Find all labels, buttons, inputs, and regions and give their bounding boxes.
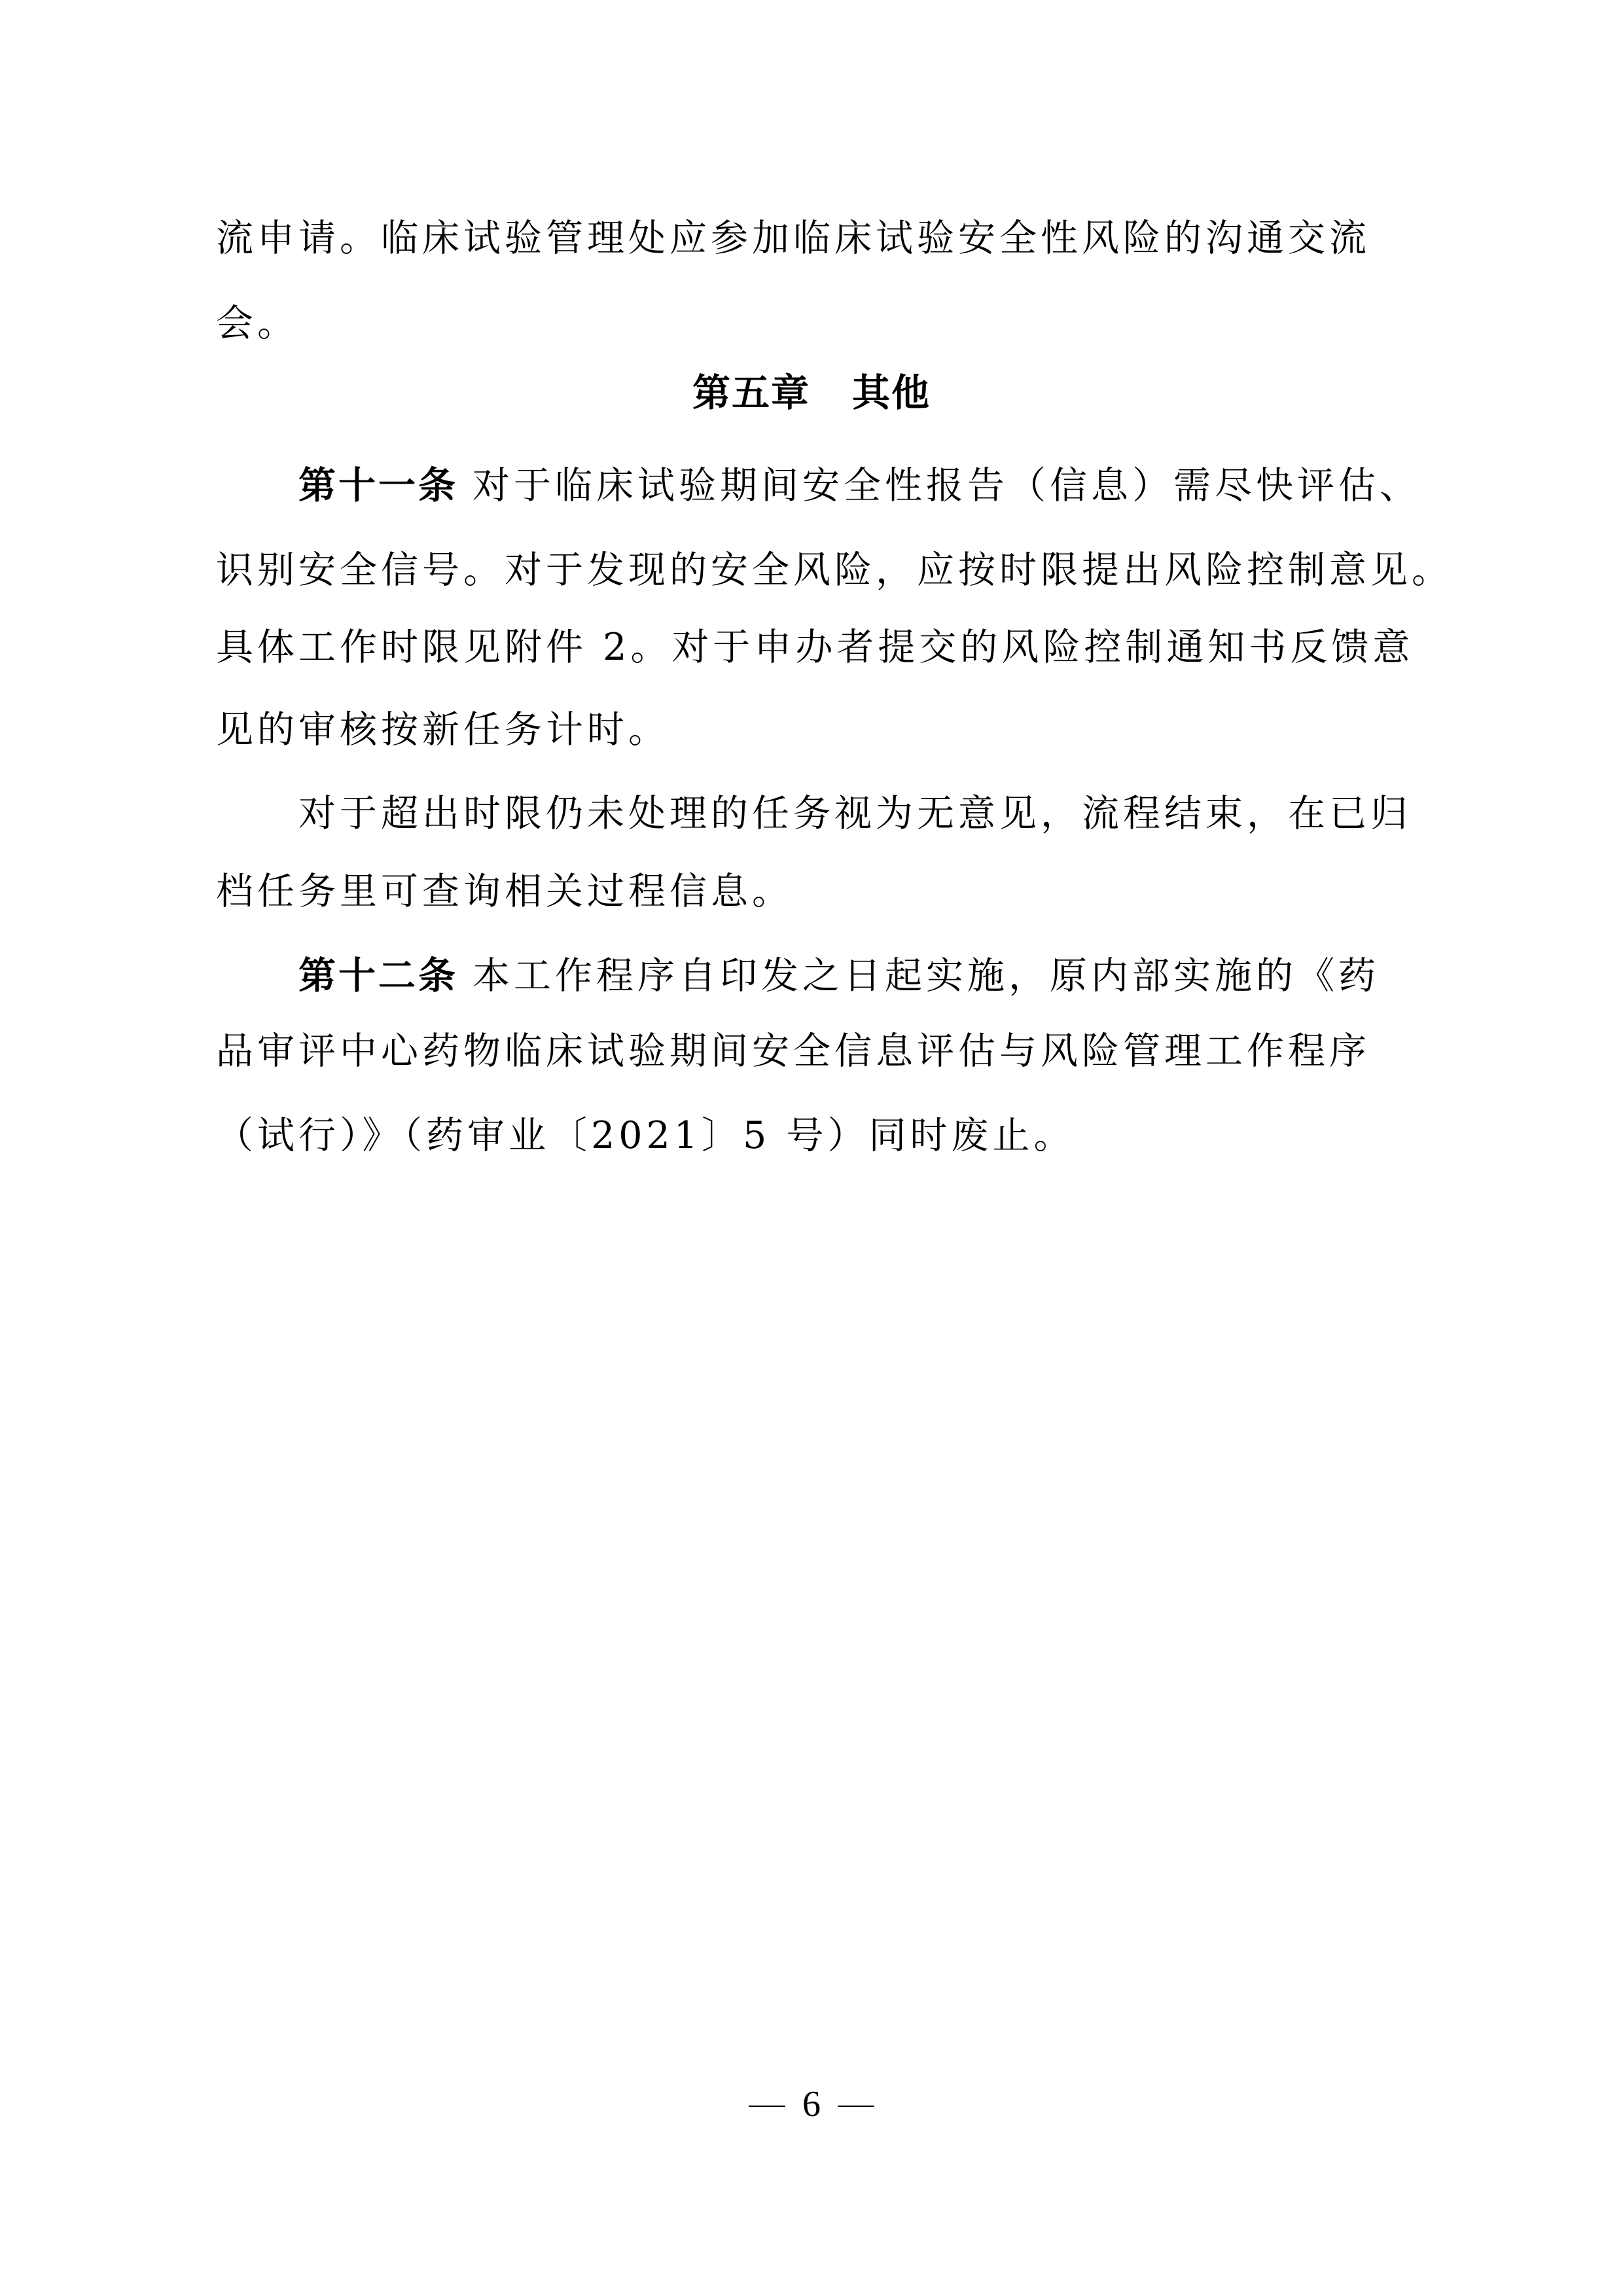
article-12-line-2: 品审评中心药物临床试验期间安全信息评估与风险管理工作程序: [216, 1022, 1394, 1081]
page-number-footer: 6: [0, 2081, 1623, 2127]
right-dash-icon: [838, 2106, 874, 2107]
chapter-heading: 第五章其他: [0, 363, 1623, 422]
document-page: 流申请。临床试验管理处应参加临床试验安全性风险的沟通交流 会。 第五章其他 第十…: [0, 0, 1623, 2296]
article-12-line-1: 第十二条本工作程序自印发之日起实施，原内部实施的《药: [298, 946, 1476, 1005]
article-11-text-1: 对于临床试验期间安全性报告（信息）需尽快评估、: [473, 464, 1421, 507]
page-number: 6: [802, 2084, 821, 2125]
chapter-title: 其他: [852, 370, 931, 415]
article-12-text-1: 本工作程序自印发之日起实施，原内部实施的《药: [473, 954, 1380, 997]
article-11-line-2: 识别安全信号。对于发现的安全风险，应按时限提出风险控制意见。: [216, 541, 1394, 600]
article-11-line-1: 第十一条对于临床试验期间安全性报告（信息）需尽快评估、: [298, 456, 1476, 515]
article-11-line-3: 具体工作时限见附件 2。对于申办者提交的风险控制通知书反馈意: [216, 618, 1394, 677]
chapter-number: 第五章: [692, 370, 810, 415]
article-12-label: 第十二条: [298, 954, 458, 997]
article-11-label: 第十一条: [298, 464, 458, 507]
left-dash-icon: [749, 2106, 785, 2107]
continuation-line-1: 流申请。临床试验管理处应参加临床试验安全性风险的沟通交流: [216, 209, 1394, 268]
continuation-line-2: 会。: [216, 294, 1394, 353]
article-12-line-3: （试行）》（药审业〔2021〕5 号）同时废止。: [216, 1106, 1394, 1165]
article-11-para2-line-2: 档任务里可查询相关过程信息。: [216, 862, 1394, 921]
article-11-line-4: 见的审核按新任务计时。: [216, 700, 1394, 759]
article-11-para2-line-1: 对于超出时限仍未处理的任务视为无意见，流程结束，在已归: [298, 784, 1476, 843]
